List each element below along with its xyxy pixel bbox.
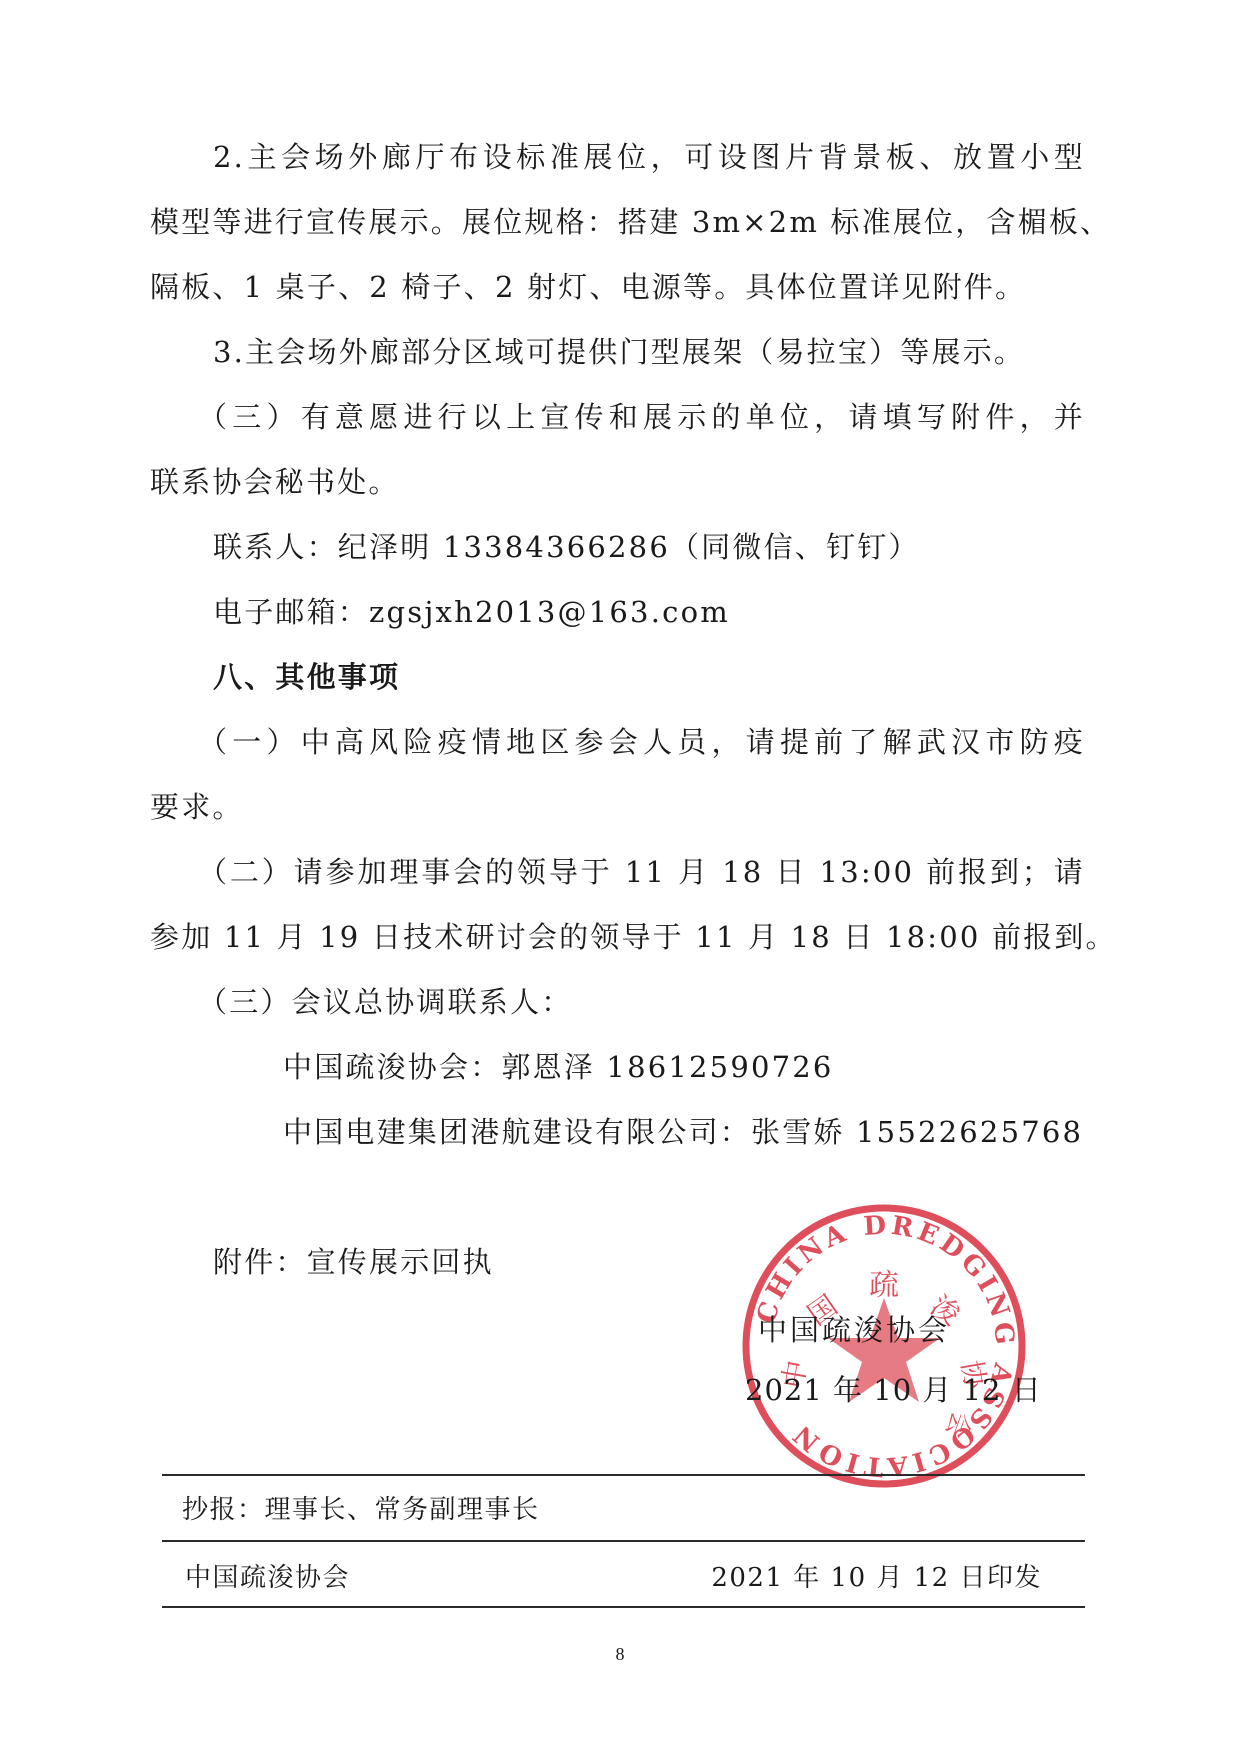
coordinator-contact: 中国电建集团港航建设有限公司：张雪娇 15522625768 xyxy=(283,1112,1083,1152)
footer-rule-bottom xyxy=(162,1606,1085,1608)
paragraph-line: （二）请参加理事会的领导于 11 月 18 日 13:00 前报到；请 xyxy=(198,852,1085,892)
svg-text:会: 会 xyxy=(939,1407,976,1442)
paragraph-line: 2.主会场外廊厅布设标准展位，可设图片背景板、放置小型 xyxy=(213,137,1085,177)
page-number: 8 xyxy=(0,1644,1240,1665)
paragraph-line: 模型等进行宣传展示。展位规格：搭建 3m×2m 标准展位，含楣板、 xyxy=(150,202,1085,242)
attachment-note: 附件：宣传展示回执 xyxy=(213,1242,494,1282)
signature-date: 2021 年 10 月 12 日 xyxy=(745,1370,1042,1410)
paragraph-line: 联系协会秘书处。 xyxy=(150,462,400,502)
paragraph-line: 3.主会场外廊部分区域可提供门型展架（易拉宝）等展示。 xyxy=(213,332,1025,372)
svg-text:疏: 疏 xyxy=(869,1268,899,1303)
issue-date: 2021 年 10 月 12 日印发 xyxy=(711,1560,1042,1596)
paragraph-line: 要求。 xyxy=(150,787,244,827)
signature-organization: 中国疏浚协会 xyxy=(758,1310,950,1350)
paragraph-line: （三）有意愿进行以上宣传和展示的单位，请填写附件，并 xyxy=(198,397,1085,437)
cc-recipients: 抄报：理事长、常务副理事长 xyxy=(182,1492,540,1528)
coordinator-contact: 中国疏浚协会：郭恩泽 18612590726 xyxy=(283,1047,834,1087)
paragraph-line: （一）中高风险疫情地区参会人员，请提前了解武汉市防疫 xyxy=(198,722,1085,762)
footer-rule-middle xyxy=(162,1540,1085,1542)
contact-person: 联系人：纪泽明 13384366286（同微信、钉钉） xyxy=(213,527,920,567)
issuer: 中国疏浚协会 xyxy=(185,1560,350,1596)
document-page: 2.主会场外廊厅布设标准展位，可设图片背景板、放置小型 模型等进行宣传展示。展位… xyxy=(0,0,1240,1754)
paragraph-line: 隔板、1 桌子、2 椅子、2 射灯、电源等。具体位置详见附件。 xyxy=(150,267,1026,307)
section-heading: 八、其他事项 xyxy=(213,657,400,697)
contact-email: 电子邮箱：zgsjxh2013@163.com xyxy=(213,592,730,632)
paragraph-line: （三）会议总协调联系人： xyxy=(198,982,572,1022)
paragraph-line: 参加 11 月 19 日技术研讨会的领导于 11 月 18 日 18:00 前报… xyxy=(150,917,1117,957)
footer-rule-top xyxy=(162,1474,1085,1476)
